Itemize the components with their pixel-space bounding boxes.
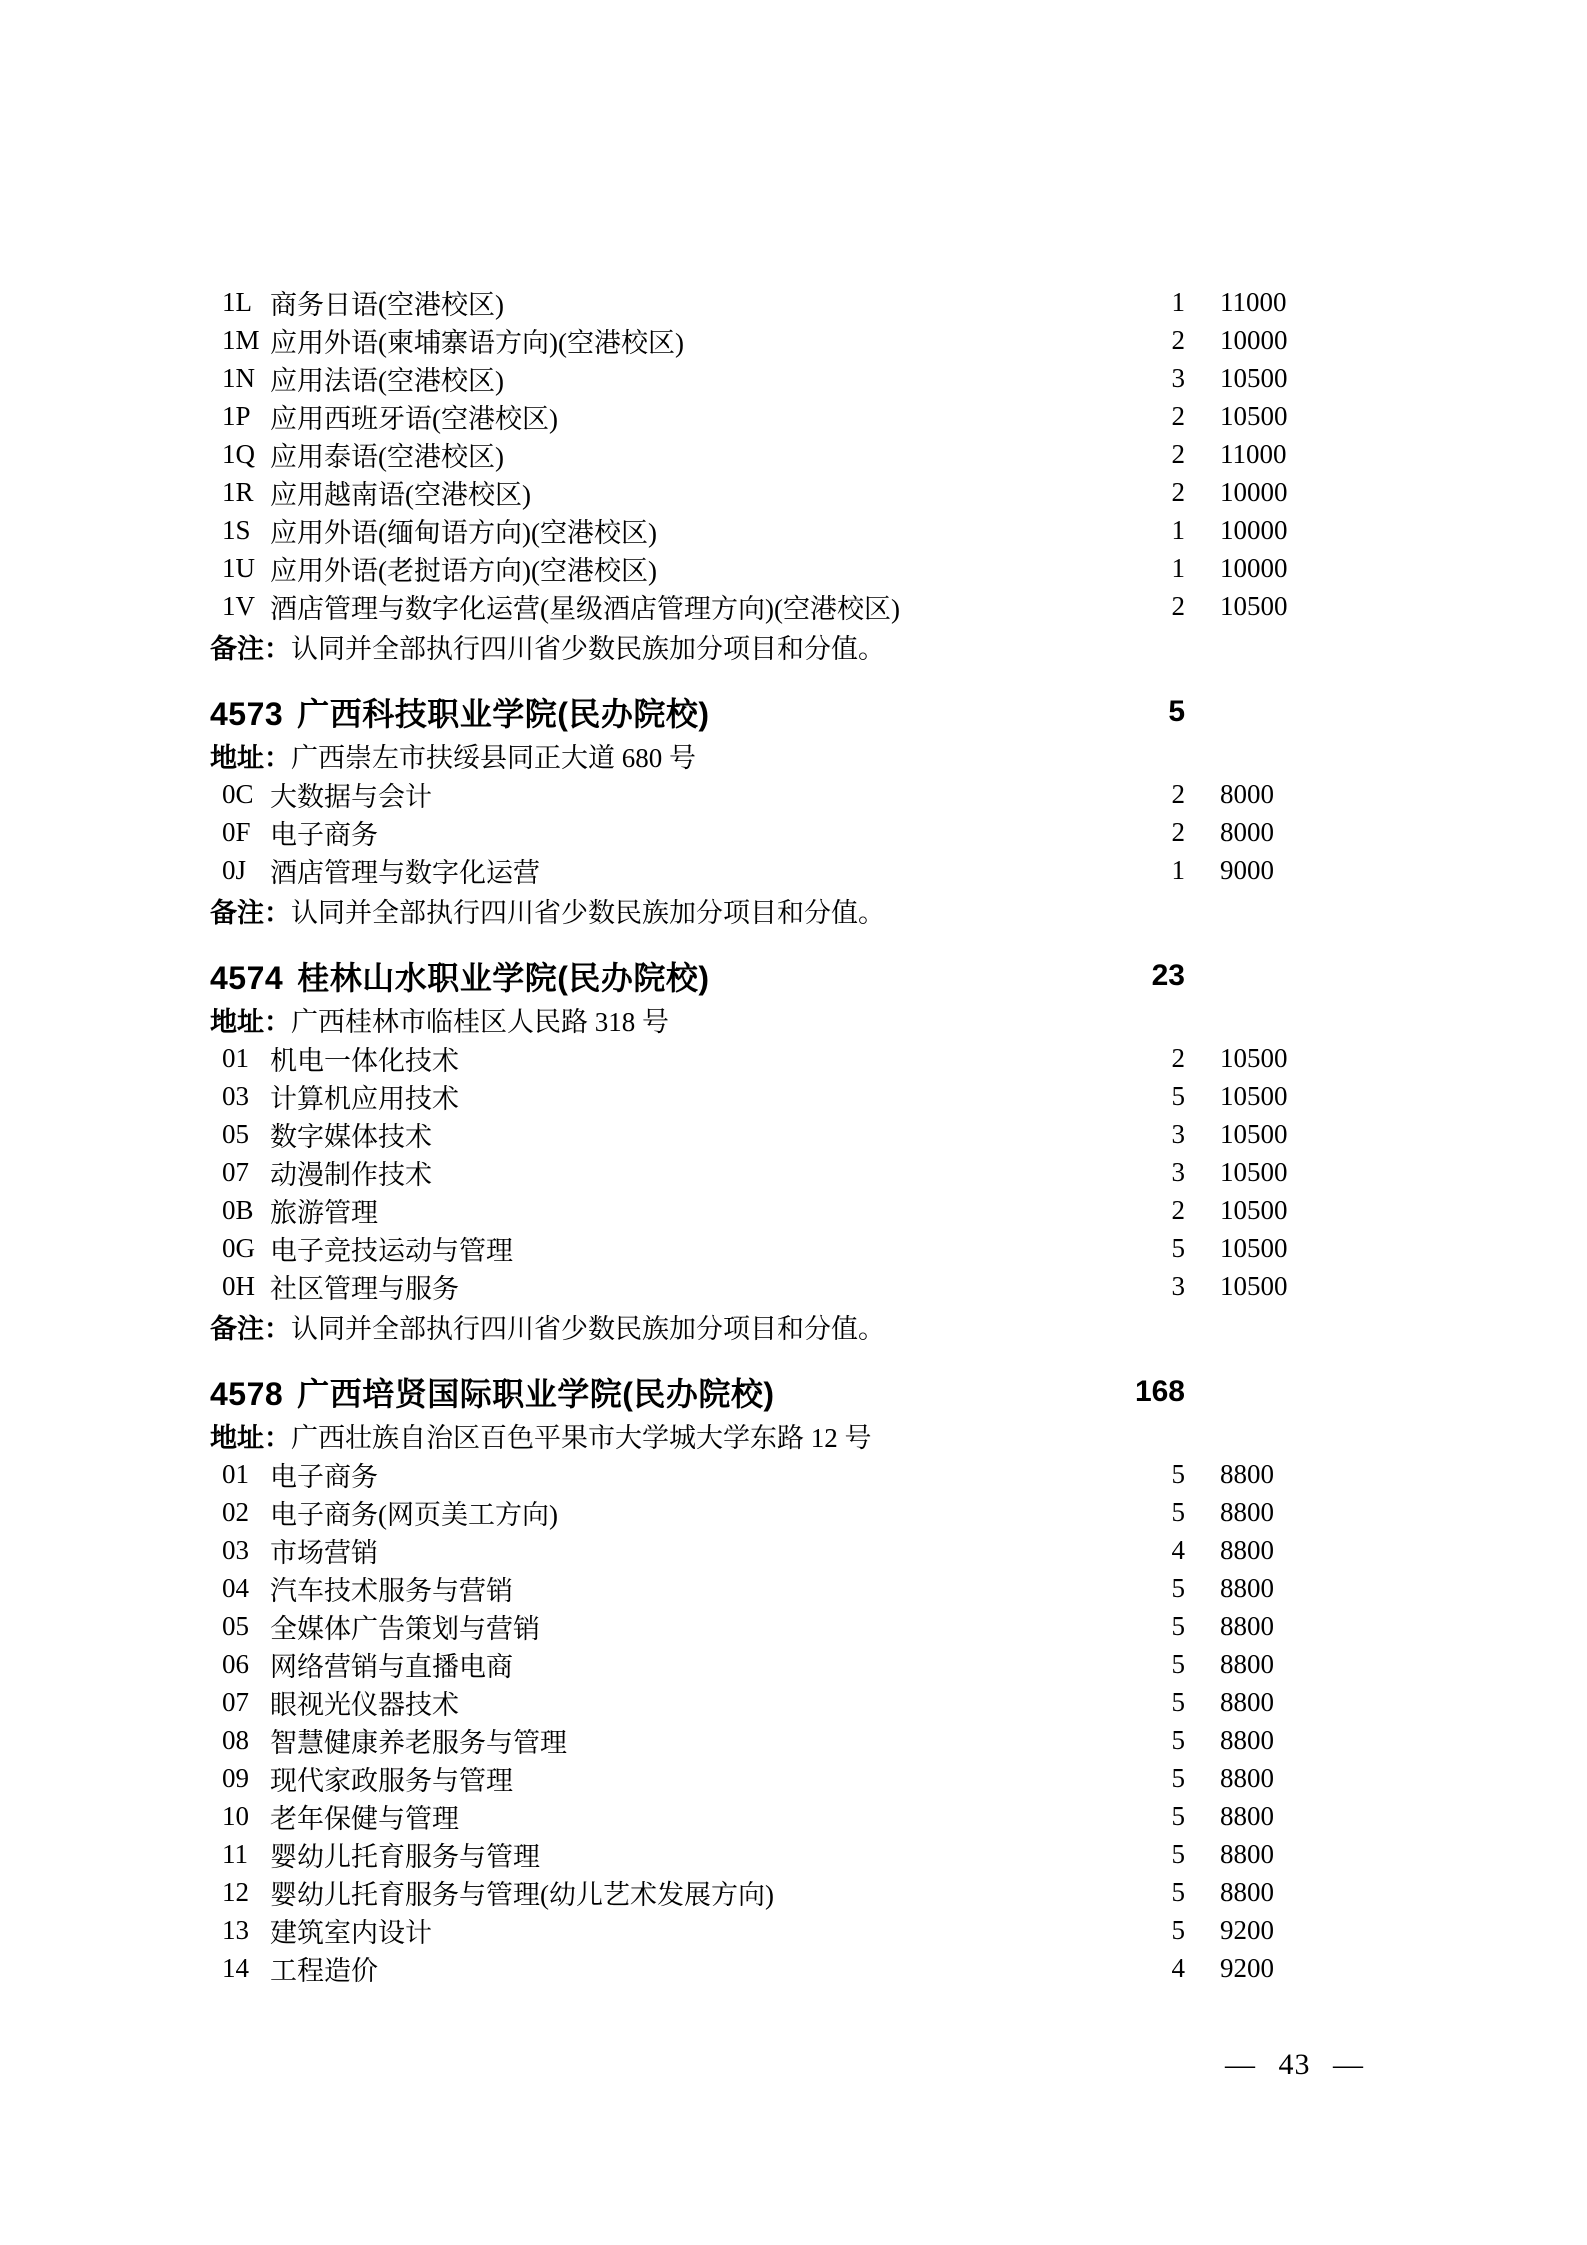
school-name: 桂林山水职业学院(民办院校) [297,960,709,996]
major-code: 1N [222,363,270,394]
major-code: 06 [222,1649,270,1680]
major-code: 03 [222,1081,270,1112]
major-row: 14工程造价49200 [210,1949,1340,1987]
major-name: 现代家政服务与管理 [270,1759,1121,1798]
major-name: 网络营销与直播电商 [270,1645,1121,1684]
tuition-fee: 10500 [1185,591,1340,622]
major-code: 09 [222,1763,270,1794]
major-row: 04汽车技术服务与营销58800 [210,1569,1340,1607]
major-code: 11 [222,1839,270,1870]
plan-count: 5 [1121,1081,1185,1112]
address-text: 广西崇左市扶绥县同正大道 680 号 [291,736,696,775]
major-name: 电子商务 [270,813,1121,852]
major-row: 07眼视光仪器技术58800 [210,1683,1340,1721]
school-code: 4573 [210,696,283,732]
plan-count: 5 [1121,1649,1185,1680]
major-row: 05数字媒体技术310500 [210,1115,1340,1153]
tuition-fee: 9200 [1185,1953,1340,1984]
major-row: 0C大数据与会计28000 [210,775,1340,813]
section-title: 4578广西培贤国际职业学院(民办院校) [210,1369,1121,1415]
tuition-fee: 8800 [1185,1573,1340,1604]
major-name: 应用泰语(空港校区) [270,435,1121,474]
section-total: 23 [1121,959,1185,993]
major-code: 1R [222,477,270,508]
major-row: 1P应用西班牙语(空港校区)210500 [210,397,1340,435]
major-name: 婴幼儿托育服务与管理(幼儿艺术发展方向) [270,1873,1121,1912]
major-code: 0G [222,1233,270,1264]
major-code: 0C [222,779,270,810]
plan-count: 2 [1121,591,1185,622]
plan-count: 4 [1121,1535,1185,1566]
major-name: 酒店管理与数字化运营(星级酒店管理方向)(空港校区) [270,587,1121,626]
major-name: 旅游管理 [270,1191,1121,1230]
address-label: 地址： [210,1416,291,1455]
tuition-fee: 8800 [1185,1801,1340,1832]
note-label: 备注： [210,891,291,930]
major-name: 全媒体广告策划与营销 [270,1607,1121,1646]
major-row: 0G电子竞技运动与管理510500 [210,1229,1340,1267]
major-code: 07 [222,1687,270,1718]
plan-count: 3 [1121,1271,1185,1302]
school-name: 广西科技职业学院(民办院校) [297,696,709,732]
plan-count: 5 [1121,1611,1185,1642]
tuition-fee: 10500 [1185,1157,1340,1188]
major-code: 14 [222,1953,270,1984]
major-row: 01机电一体化技术210500 [210,1039,1340,1077]
major-row: 06网络营销与直播电商58800 [210,1645,1340,1683]
major-row: 12婴幼儿托育服务与管理(幼儿艺术发展方向)58800 [210,1873,1340,1911]
school-code: 4574 [210,960,283,996]
address-label: 地址： [210,736,291,775]
tuition-fee: 10500 [1185,1195,1340,1226]
school-name: 广西培贤国际职业学院(民办院校) [297,1376,774,1412]
tuition-fee: 8800 [1185,1497,1340,1528]
address-line: 地址：广西崇左市扶绥县同正大道 680 号 [210,735,1340,775]
plan-count: 5 [1121,1459,1185,1490]
tuition-fee: 11000 [1185,287,1340,318]
major-row: 0J酒店管理与数字化运营19000 [210,851,1340,889]
tuition-fee: 8800 [1185,1459,1340,1490]
major-name: 大数据与会计 [270,775,1121,814]
major-row: 0F电子商务28000 [210,813,1340,851]
note-label: 备注： [210,627,291,666]
plan-count: 5 [1121,1233,1185,1264]
tuition-fee: 10000 [1185,515,1340,546]
plan-count: 5 [1121,1687,1185,1718]
major-name: 酒店管理与数字化运营 [270,851,1121,890]
major-row: 1L商务日语(空港校区)111000 [210,283,1340,321]
plan-count: 2 [1121,817,1185,848]
tuition-fee: 8800 [1185,1725,1340,1756]
note-line: 备注：认同并全部执行四川省少数民族加分项目和分值。 [210,625,1340,667]
major-row: 1R应用越南语(空港校区)210000 [210,473,1340,511]
major-name: 应用外语(缅甸语方向)(空港校区) [270,511,1121,550]
plan-count: 2 [1121,439,1185,470]
major-code: 0H [222,1271,270,1302]
major-name: 机电一体化技术 [270,1039,1121,1078]
major-row: 0H社区管理与服务310500 [210,1267,1340,1305]
address-text: 广西壮族自治区百色平果市大学城大学东路 12 号 [291,1416,872,1455]
admissions-list: 1L商务日语(空港校区)1110001M应用外语(柬埔寨语方向)(空港校区)21… [210,283,1340,1987]
major-name: 电子商务 [270,1455,1121,1494]
school-section: 1L商务日语(空港校区)1110001M应用外语(柬埔寨语方向)(空港校区)21… [210,283,1340,667]
major-row: 10老年保健与管理58800 [210,1797,1340,1835]
major-name: 眼视光仪器技术 [270,1683,1121,1722]
major-code: 0F [222,817,270,848]
major-row: 0B旅游管理210500 [210,1191,1340,1229]
address-text: 广西桂林市临桂区人民路 318 号 [291,1000,669,1039]
major-code: 1U [222,553,270,584]
tuition-fee: 9000 [1185,855,1340,886]
major-name: 电子商务(网页美工方向) [270,1493,1121,1532]
major-code: 1M [222,325,270,356]
major-name: 电子竞技运动与管理 [270,1229,1121,1268]
section-total: 5 [1121,695,1185,729]
major-code: 12 [222,1877,270,1908]
major-name: 智慧健康养老服务与管理 [270,1721,1121,1760]
tuition-fee: 10500 [1185,1271,1340,1302]
plan-count: 5 [1121,1801,1185,1832]
tuition-fee: 8000 [1185,779,1340,810]
plan-count: 3 [1121,1119,1185,1150]
major-code: 05 [222,1611,270,1642]
section-total: 168 [1121,1375,1185,1409]
major-name: 老年保健与管理 [270,1797,1121,1836]
note-text: 认同并全部执行四川省少数民族加分项目和分值。 [291,891,885,930]
major-row: 02电子商务(网页美工方向)58800 [210,1493,1340,1531]
school-section: 4578广西培贤国际职业学院(民办院校)168地址：广西壮族自治区百色平果市大学… [210,1369,1340,1987]
plan-count: 5 [1121,1573,1185,1604]
major-row: 1U应用外语(老挝语方向)(空港校区)110000 [210,549,1340,587]
tuition-fee: 8800 [1185,1649,1340,1680]
plan-count: 2 [1121,401,1185,432]
major-code: 01 [222,1043,270,1074]
plan-count: 1 [1121,287,1185,318]
major-name: 数字媒体技术 [270,1115,1121,1154]
major-row: 03市场营销48800 [210,1531,1340,1569]
document-page: 1L商务日语(空港校区)1110001M应用外语(柬埔寨语方向)(空港校区)21… [0,0,1587,2245]
plan-count: 5 [1121,1725,1185,1756]
major-code: 08 [222,1725,270,1756]
major-row: 1V酒店管理与数字化运营(星级酒店管理方向)(空港校区)210500 [210,587,1340,625]
tuition-fee: 10500 [1185,1233,1340,1264]
plan-count: 2 [1121,477,1185,508]
tuition-fee: 8800 [1185,1611,1340,1642]
page-number: — 43 — [1225,2048,1395,2082]
major-name: 市场营销 [270,1531,1121,1570]
plan-count: 5 [1121,1763,1185,1794]
major-row: 01电子商务58800 [210,1455,1340,1493]
major-name: 应用西班牙语(空港校区) [270,397,1121,436]
tuition-fee: 10000 [1185,477,1340,508]
school-section: 4573广西科技职业学院(民办院校)5地址：广西崇左市扶绥县同正大道 680 号… [210,689,1340,931]
major-row: 07动漫制作技术310500 [210,1153,1340,1191]
school-section: 4574桂林山水职业学院(民办院校)23地址：广西桂林市临桂区人民路 318 号… [210,953,1340,1347]
major-name: 建筑室内设计 [270,1911,1121,1950]
major-name: 动漫制作技术 [270,1153,1121,1192]
tuition-fee: 10000 [1185,553,1340,584]
major-code: 03 [222,1535,270,1566]
major-row: 13建筑室内设计59200 [210,1911,1340,1949]
section-title: 4573广西科技职业学院(民办院校) [210,689,1121,735]
plan-count: 4 [1121,1953,1185,1984]
major-code: 1S [222,515,270,546]
major-row: 09现代家政服务与管理58800 [210,1759,1340,1797]
tuition-fee: 8800 [1185,1877,1340,1908]
note-line: 备注：认同并全部执行四川省少数民族加分项目和分值。 [210,889,1340,931]
plan-count: 2 [1121,1195,1185,1226]
tuition-fee: 8800 [1185,1687,1340,1718]
major-row: 1N应用法语(空港校区)310500 [210,359,1340,397]
major-name: 社区管理与服务 [270,1267,1121,1306]
major-row: 08智慧健康养老服务与管理58800 [210,1721,1340,1759]
major-row: 11婴幼儿托育服务与管理58800 [210,1835,1340,1873]
address-label: 地址： [210,1000,291,1039]
major-code: 04 [222,1573,270,1604]
tuition-fee: 10500 [1185,363,1340,394]
tuition-fee: 11000 [1185,439,1340,470]
major-row: 05全媒体广告策划与营销58800 [210,1607,1340,1645]
major-code: 1V [222,591,270,622]
major-code: 1Q [222,439,270,470]
major-row: 1Q应用泰语(空港校区)211000 [210,435,1340,473]
plan-count: 5 [1121,1839,1185,1870]
plan-count: 1 [1121,515,1185,546]
address-line: 地址：广西壮族自治区百色平果市大学城大学东路 12 号 [210,1415,1340,1455]
plan-count: 2 [1121,779,1185,810]
tuition-fee: 10500 [1185,1119,1340,1150]
major-name: 应用外语(柬埔寨语方向)(空港校区) [270,321,1121,360]
tuition-fee: 8800 [1185,1535,1340,1566]
major-code: 1L [222,287,270,318]
major-name: 应用法语(空港校区) [270,359,1121,398]
plan-count: 3 [1121,363,1185,394]
major-code: 05 [222,1119,270,1150]
major-code: 07 [222,1157,270,1188]
tuition-fee: 10000 [1185,325,1340,356]
section-header: 4574桂林山水职业学院(民办院校)23 [210,953,1340,999]
note-line: 备注：认同并全部执行四川省少数民族加分项目和分值。 [210,1305,1340,1347]
major-row: 1M应用外语(柬埔寨语方向)(空港校区)210000 [210,321,1340,359]
plan-count: 5 [1121,1915,1185,1946]
major-name: 工程造价 [270,1949,1121,1988]
major-code: 0J [222,855,270,886]
tuition-fee: 9200 [1185,1915,1340,1946]
section-header: 4573广西科技职业学院(民办院校)5 [210,689,1340,735]
note-label: 备注： [210,1307,291,1346]
major-name: 汽车技术服务与营销 [270,1569,1121,1608]
tuition-fee: 10500 [1185,1081,1340,1112]
plan-count: 5 [1121,1877,1185,1908]
tuition-fee: 8000 [1185,817,1340,848]
major-name: 计算机应用技术 [270,1077,1121,1116]
major-row: 1S应用外语(缅甸语方向)(空港校区)110000 [210,511,1340,549]
major-name: 应用外语(老挝语方向)(空港校区) [270,549,1121,588]
major-code: 10 [222,1801,270,1832]
note-text: 认同并全部执行四川省少数民族加分项目和分值。 [291,1307,885,1346]
address-line: 地址：广西桂林市临桂区人民路 318 号 [210,999,1340,1039]
section-title: 4574桂林山水职业学院(民办院校) [210,953,1121,999]
school-code: 4578 [210,1376,283,1412]
major-name: 婴幼儿托育服务与管理 [270,1835,1121,1874]
tuition-fee: 8800 [1185,1763,1340,1794]
plan-count: 5 [1121,1497,1185,1528]
major-row: 03计算机应用技术510500 [210,1077,1340,1115]
section-header: 4578广西培贤国际职业学院(民办院校)168 [210,1369,1340,1415]
major-code: 0B [222,1195,270,1226]
major-code: 13 [222,1915,270,1946]
major-name: 应用越南语(空港校区) [270,473,1121,512]
tuition-fee: 10500 [1185,1043,1340,1074]
tuition-fee: 8800 [1185,1839,1340,1870]
plan-count: 2 [1121,1043,1185,1074]
tuition-fee: 10500 [1185,401,1340,432]
major-code: 02 [222,1497,270,1528]
note-text: 认同并全部执行四川省少数民族加分项目和分值。 [291,627,885,666]
plan-count: 1 [1121,553,1185,584]
major-name: 商务日语(空港校区) [270,283,1121,322]
major-code: 01 [222,1459,270,1490]
plan-count: 1 [1121,855,1185,886]
plan-count: 3 [1121,1157,1185,1188]
plan-count: 2 [1121,325,1185,356]
major-code: 1P [222,401,270,432]
